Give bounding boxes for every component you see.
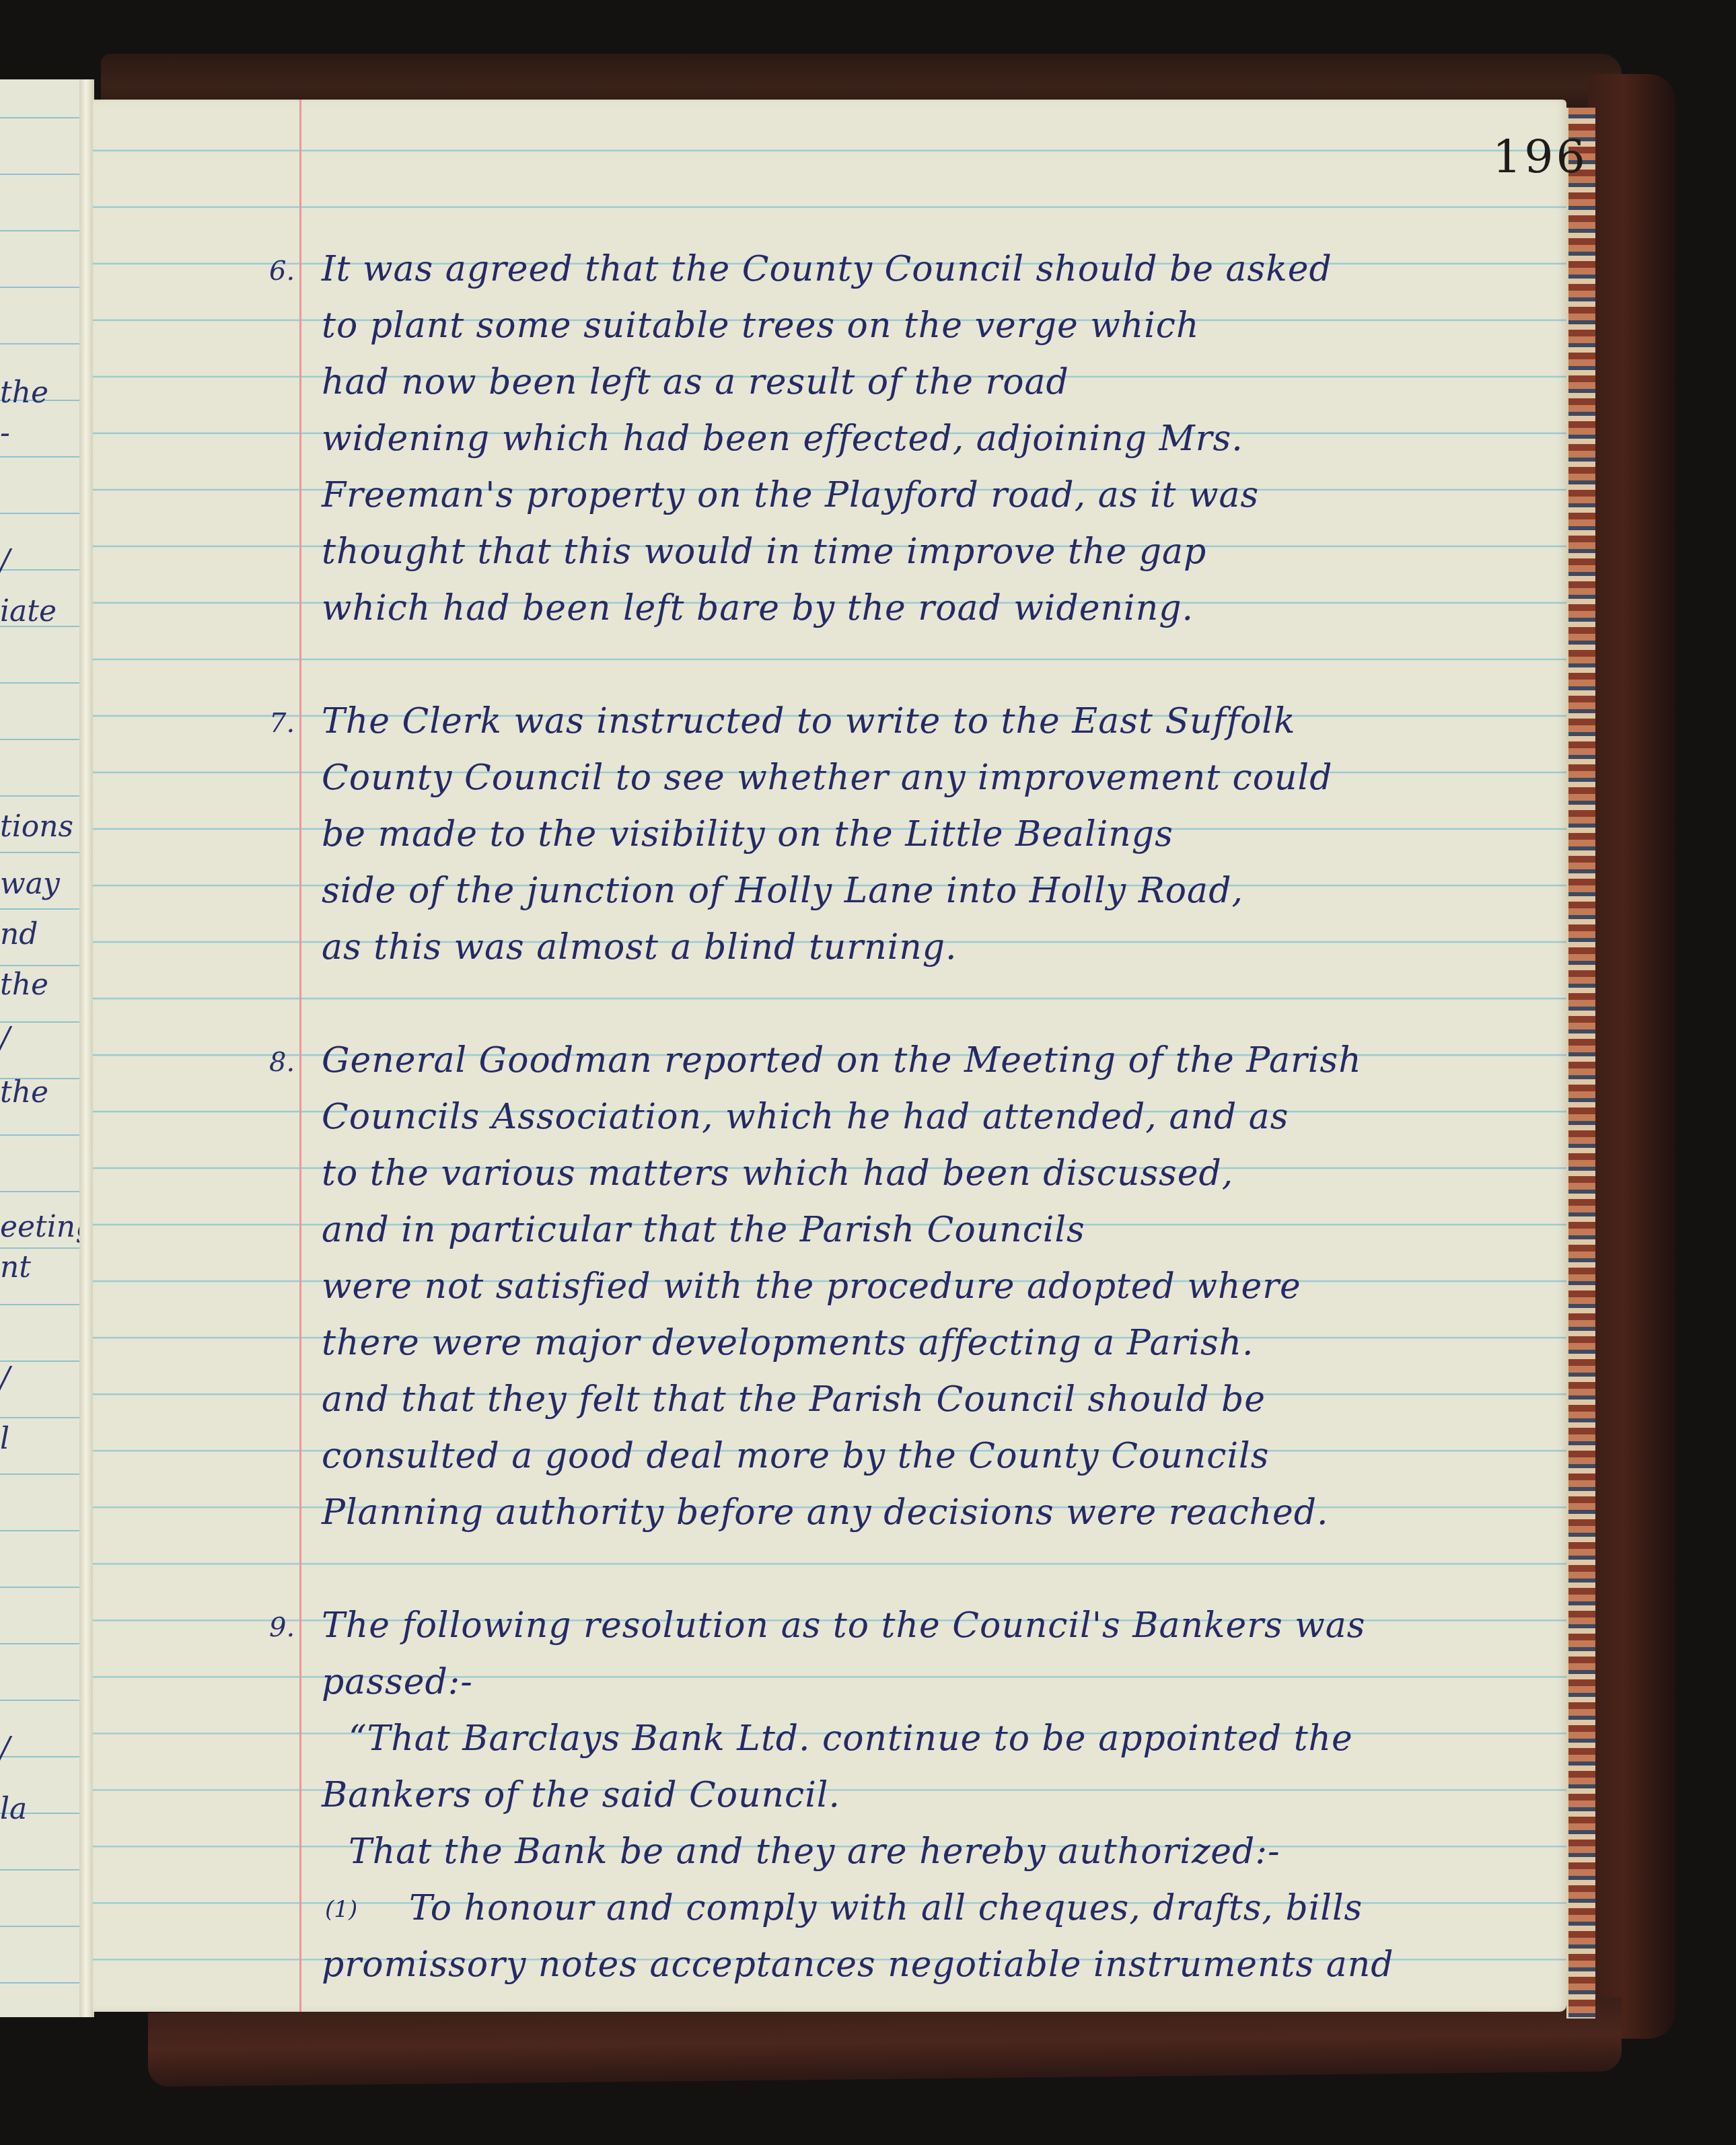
left-fragment: / [0,1361,10,1395]
minute-line: County Council to see whether any improv… [322,758,1332,798]
minute-line: there were major developments affecting … [322,1323,1254,1363]
minute-line: to plant some suitable trees on the verg… [322,305,1199,346]
minute-line: Freeman's property on the Playford road,… [322,475,1259,515]
minute-line: be made to the visibility on the Little … [322,814,1173,855]
minute-line: widening which had been effected, adjoin… [322,419,1243,459]
minute-line: General Goodman reported on the Meeting … [322,1040,1362,1081]
left-page-sliver: the - / iate tions way nd the / the eeti… [0,79,86,2017]
minute-line: as this was almost a blind turning. [322,927,957,968]
minute-line: passed:- [322,1662,473,1702]
book-cover-spine-edge [1588,74,1675,2039]
minute-line: It was agreed that the County Council sh… [322,249,1332,289]
marbled-page-edges [1566,108,1595,2019]
minute-line: to the various matters which had been di… [322,1153,1233,1194]
left-fragment: l [0,1422,9,1456]
minute-line: which had been left bare by the road wid… [322,588,1194,628]
item-number: 7. [269,708,295,739]
minute-line: The Clerk was instructed to write to the… [322,701,1295,741]
minute-line: and that they felt that the Parish Counc… [322,1379,1266,1420]
left-fragment: la [0,1792,27,1826]
left-fragment: the [0,968,48,1002]
item-number: 9. [269,1612,295,1643]
right-page: 196 6. It was agreed that the County Cou… [93,100,1566,2012]
left-fragment: - [0,416,10,450]
item-number: 6. [269,256,295,287]
minute-line: thought that this would in time improve … [322,532,1206,572]
minute-line: consulted a good deal more by the County… [322,1436,1269,1476]
left-fragment: nd [0,917,38,951]
minute-line: The following resolution as to the Counc… [322,1605,1366,1646]
book-gutter [79,79,94,2017]
left-fragment: / [0,544,10,578]
minute-line: and in particular that the Parish Counci… [322,1210,1085,1250]
sub-item-number: (1) [325,1896,357,1923]
item-number: 8. [269,1047,295,1078]
resolution-line: “That Barclays Bank Ltd. continue to be … [349,1718,1353,1759]
minutes-body: 6. It was agreed that the County Council… [93,100,1566,2012]
left-fragment: tions [0,809,73,844]
sub-item-line: promissory notes acceptances negotiable … [322,1944,1394,1985]
left-fragment: the [0,375,48,410]
left-fragment: / [0,1731,10,1766]
left-fragment: / [0,1021,10,1056]
left-fragment: way [0,867,60,901]
left-page-text-fragments: the - / iate tions way nd the / the eeti… [0,79,86,2017]
minute-line: had now been left as a result of the roa… [322,362,1069,402]
minute-line: side of the junction of Holly Lane into … [322,871,1243,911]
minute-line: were not satisfied with the procedure ad… [322,1266,1301,1307]
left-fragment: iate [0,594,57,628]
resolution-line: Bankers of the said Council. [322,1775,840,1815]
sub-item-line: To honour and comply with all cheques, d… [409,1888,1363,1928]
left-fragment: nt [0,1250,31,1284]
minute-line: Planning authority before any decisions … [322,1492,1329,1533]
left-fragment: the [0,1075,48,1110]
minute-line: Councils Association, which he had atten… [322,1097,1289,1137]
resolution-line: That the Bank be and they are hereby aut… [349,1831,1280,1872]
